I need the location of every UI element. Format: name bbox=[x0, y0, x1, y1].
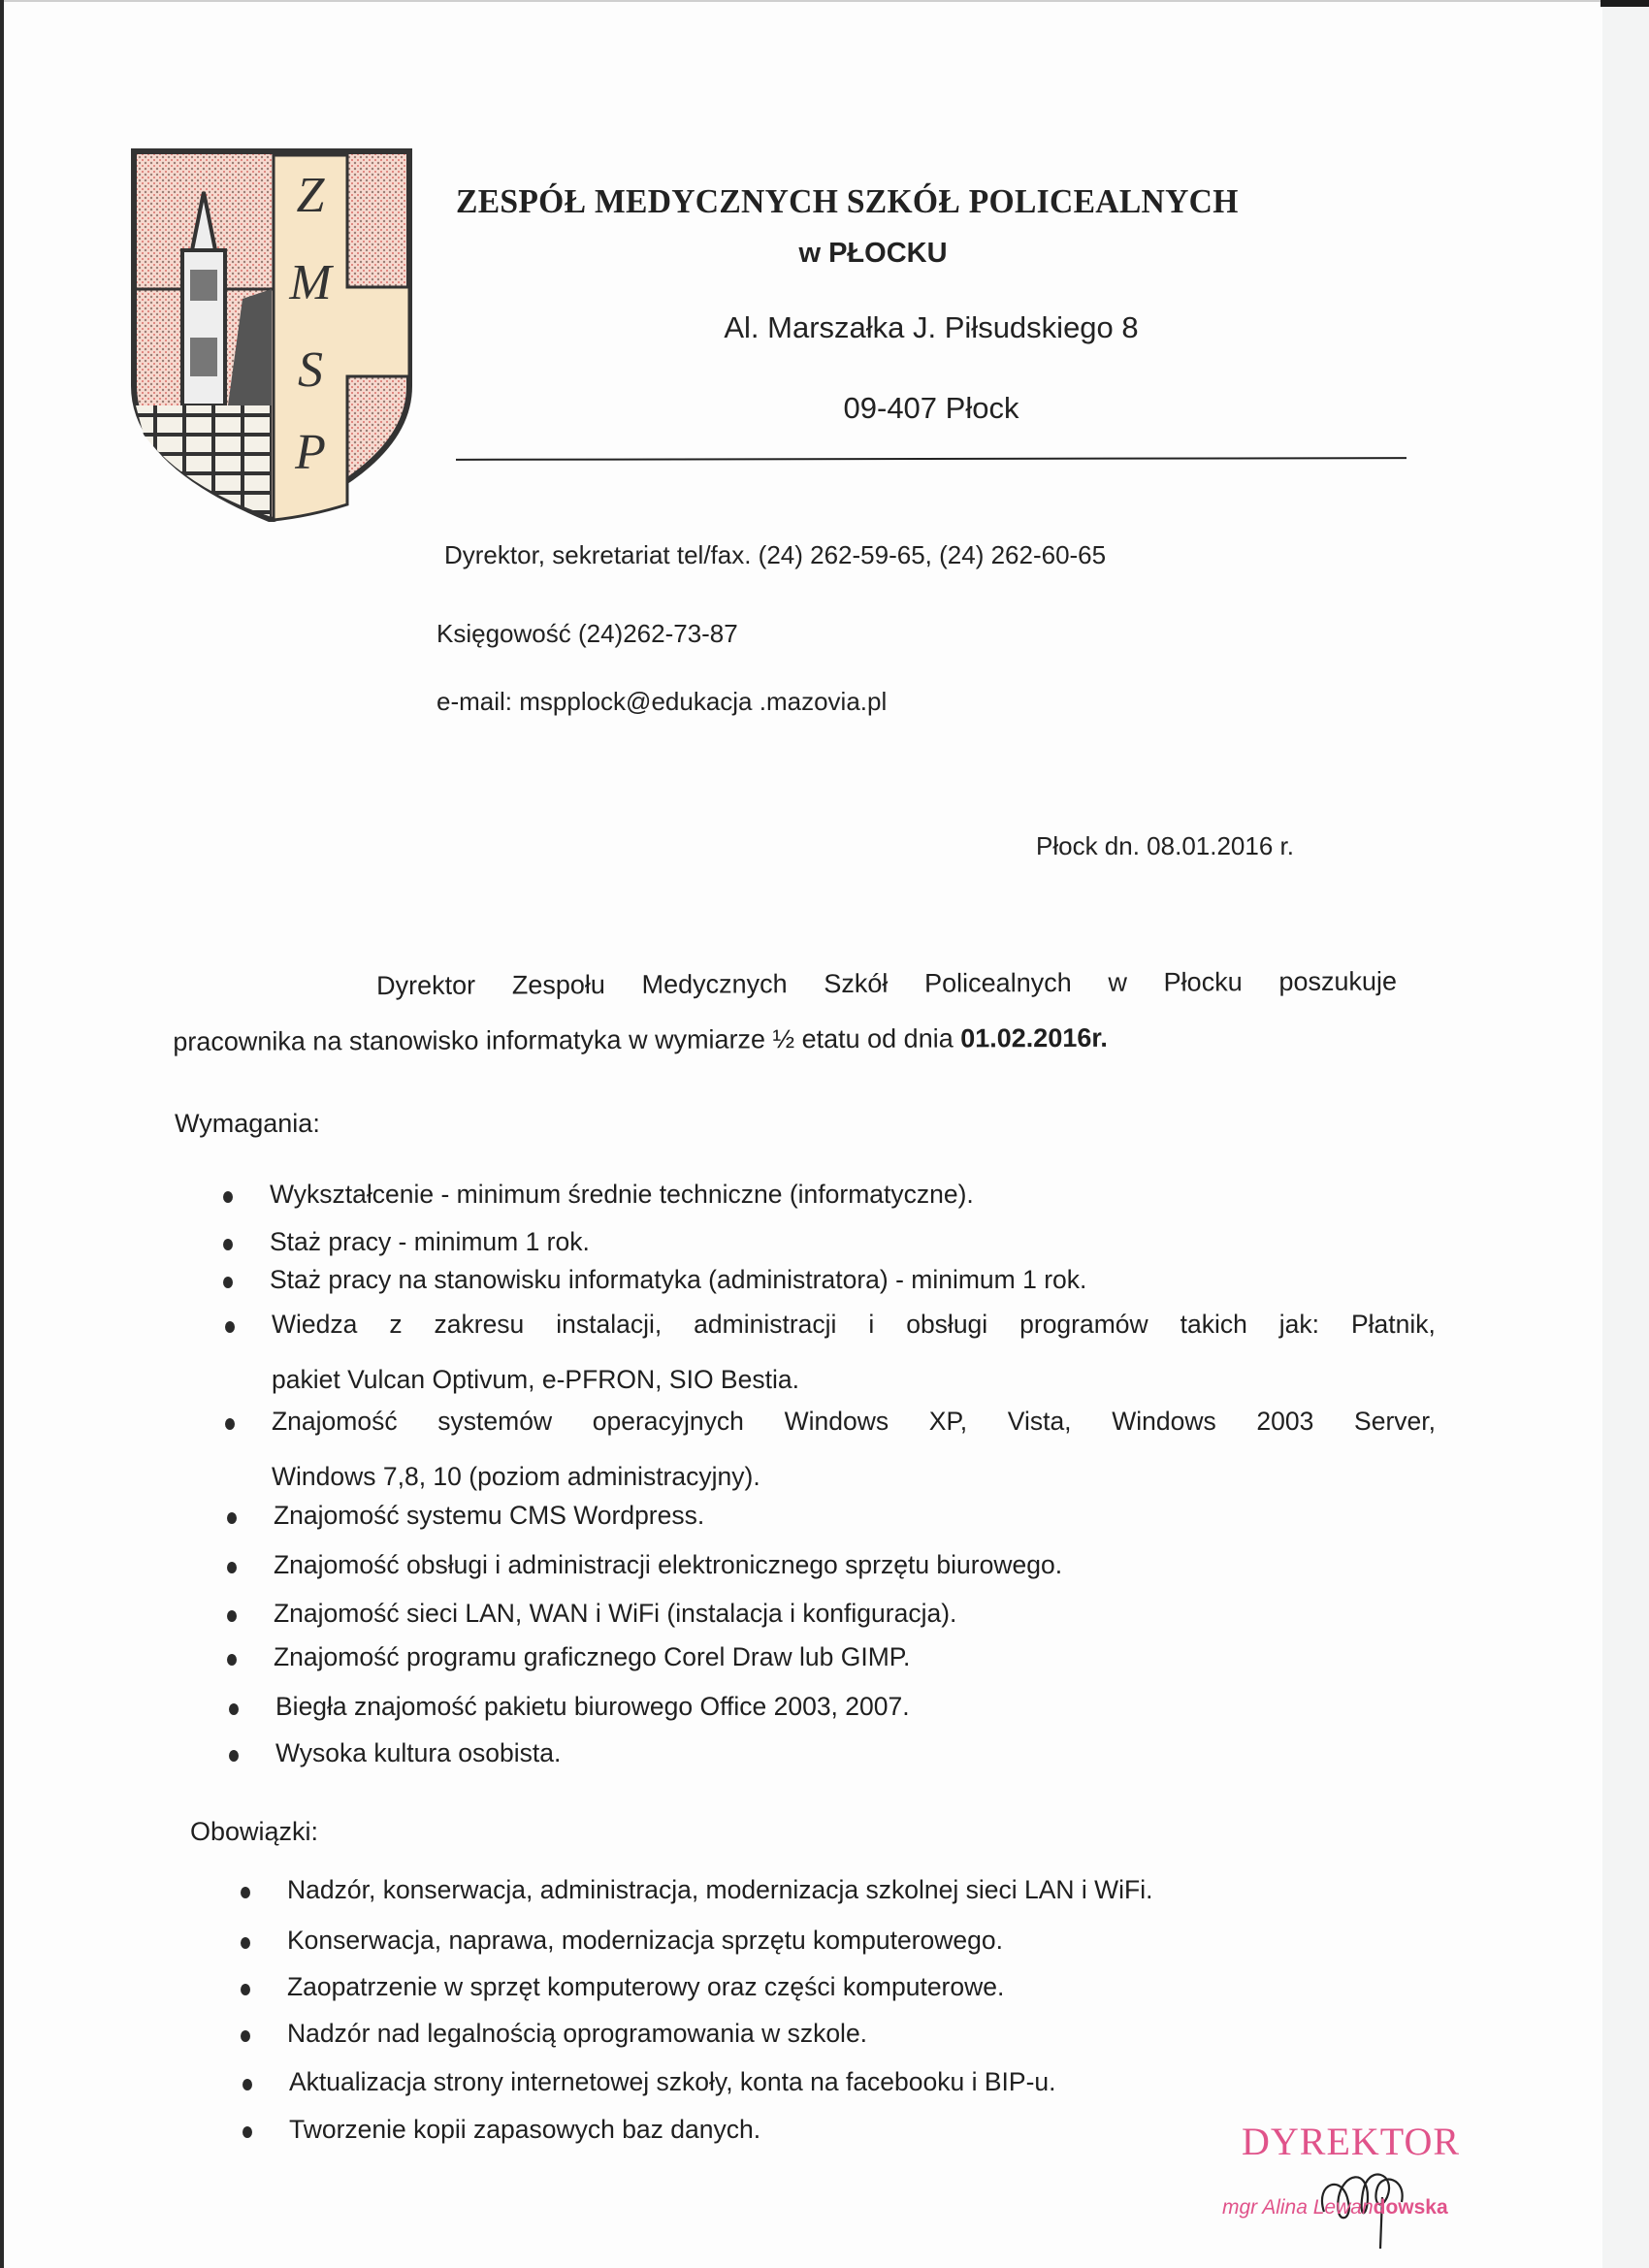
intro-word: Zespołu bbox=[512, 970, 605, 1000]
bullet-icon bbox=[242, 2079, 252, 2090]
email-address: e-mail: mspplock@edukacja .mazovia.pl bbox=[436, 687, 887, 717]
institution-city: w PŁOCKU bbox=[679, 238, 1067, 270]
bullet-icon bbox=[241, 2030, 250, 2042]
intro-word: poszukuje bbox=[1278, 966, 1397, 997]
bullet-icon bbox=[241, 1984, 250, 1995]
intro-word: w bbox=[1108, 968, 1127, 998]
bullet-icon bbox=[229, 1750, 239, 1762]
intro-word: Dyrektor bbox=[376, 971, 475, 1001]
list-item-line: Windows 7,8, 10 (poziom administracyjny)… bbox=[272, 1462, 1436, 1492]
bullet-icon bbox=[225, 1321, 235, 1333]
intro-word: Medycznych bbox=[642, 969, 788, 1000]
svg-text:P: P bbox=[294, 425, 326, 480]
svg-text:Z: Z bbox=[297, 168, 326, 223]
street-address: Al. Marszałka J. Piłsudskiego 8 bbox=[446, 310, 1416, 345]
school-crest-logo: Z M S P bbox=[126, 144, 417, 522]
bullet-icon bbox=[227, 1562, 237, 1573]
bullet-icon bbox=[223, 1191, 233, 1203]
scan-edge-left bbox=[0, 0, 4, 2268]
svg-text:M: M bbox=[288, 255, 334, 310]
bullet-icon bbox=[227, 1654, 237, 1666]
bullet-icon bbox=[227, 1512, 237, 1524]
bullet-icon bbox=[229, 1703, 239, 1715]
director-stamp: DYREKTOR mgr Alina Lewandowska bbox=[1212, 2115, 1503, 2241]
list-item-line: pakiet Vulcan Optivum, e-PFRON, SIO Best… bbox=[272, 1365, 1436, 1395]
postal-address: 09-407 Płock bbox=[446, 391, 1416, 426]
bullet-icon bbox=[227, 1610, 237, 1622]
bullet-icon bbox=[241, 1887, 250, 1898]
scan-edge-right bbox=[1602, 7, 1649, 2268]
header-divider bbox=[456, 457, 1406, 461]
intro-word: Policealnych bbox=[924, 968, 1072, 999]
bullet-icon bbox=[223, 1239, 233, 1250]
intro-line-2: pracownika na stanowisko informatyka w w… bbox=[173, 1021, 1397, 1057]
intro-paragraph: DyrektorZespołuMedycznychSzkółPolicealny… bbox=[173, 966, 1397, 1057]
bullet-icon bbox=[225, 1418, 235, 1430]
office-phone: Dyrektor, sekretariat tel/fax. (24) 262-… bbox=[444, 540, 1106, 570]
scan-edge-top bbox=[0, 0, 1600, 2]
list-item-line: ZnajomośćsystemówoperacyjnychWindowsXP,V… bbox=[272, 1407, 1436, 1437]
intro-line-1: DyrektorZespołuMedycznychSzkółPolicealny… bbox=[173, 966, 1397, 1002]
intro-word: Płocku bbox=[1164, 967, 1243, 997]
scan-edge-corner bbox=[1600, 0, 1649, 7]
list-item-line: Wiedzazzakresuinstalacji,administracjiio… bbox=[272, 1310, 1436, 1340]
bullet-icon bbox=[241, 1937, 250, 1949]
start-date: 01.02.2016r. bbox=[960, 1023, 1108, 1053]
duties-heading: Obowiązki: bbox=[190, 1817, 318, 1847]
stamp-name: mgr Alina Lewandowska bbox=[1222, 2196, 1448, 2219]
accounting-phone: Księgowość (24)262-73-87 bbox=[436, 619, 738, 649]
document-date: Płock dn. 08.01.2016 r. bbox=[1036, 831, 1294, 861]
bullet-icon bbox=[242, 2126, 252, 2138]
intro-word: Szkół bbox=[824, 969, 888, 999]
svg-text:S: S bbox=[298, 342, 323, 398]
requirements-heading: Wymagania: bbox=[175, 1109, 320, 1139]
institution-name: ZESPÓŁ MEDYCZNYCH SZKÓŁ POLICEALNYCH bbox=[456, 182, 1369, 221]
bullet-icon bbox=[223, 1277, 233, 1288]
